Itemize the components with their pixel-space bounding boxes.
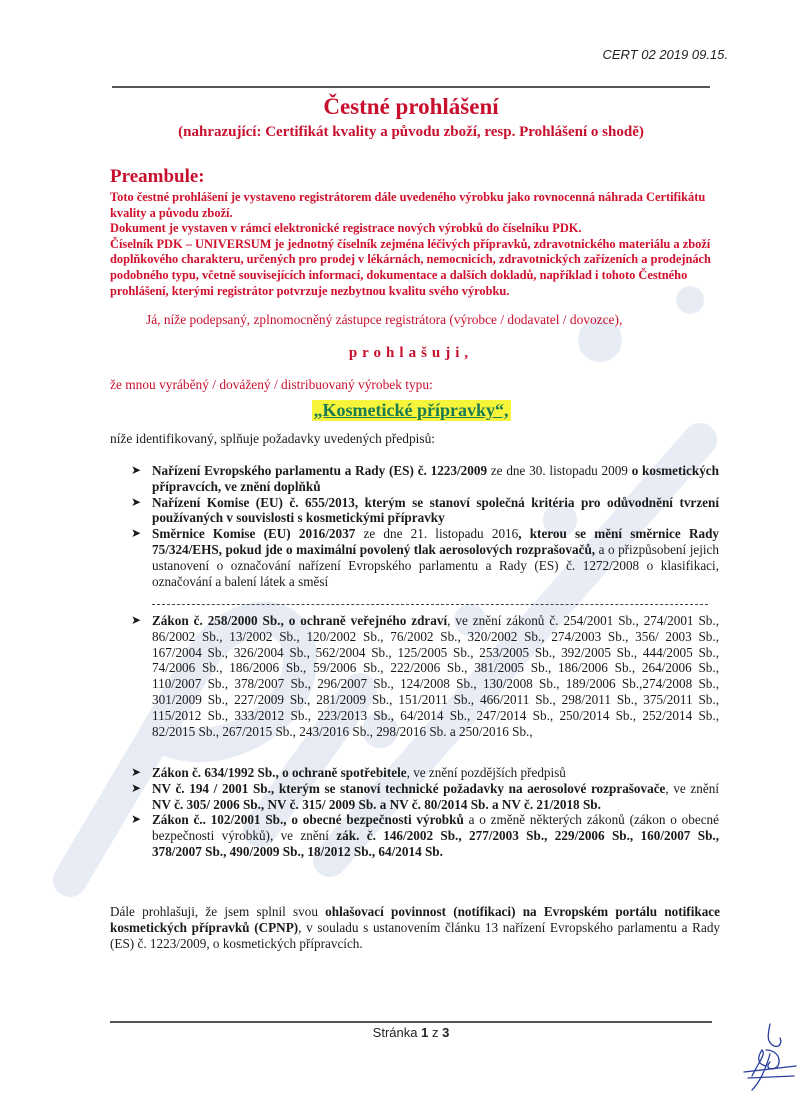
document-title: Čestné prohlášení (0, 94, 800, 120)
product-type-intro: že mnou vyráběný / dovážený / distribuov… (110, 377, 433, 393)
regulation-title: Zákon č. 258/2000 Sb., o ochraně veřejné… (152, 613, 447, 628)
regulation-list-public-health: ➤Zákon č. 258/2000 Sb., o ochraně veřejn… (131, 613, 719, 739)
preamble-text: Toto čestné prohlášení je vystaveno regi… (110, 190, 720, 299)
footer-divider (110, 1021, 712, 1023)
arrow-bullet-icon: ➤ (131, 526, 141, 542)
regulation-item: ➤Nařízení Komise (EU) č. 655/2013, který… (131, 495, 719, 527)
regulation-list-eu: ➤Nařízení Evropského parlamentu a Rady (… (131, 463, 719, 589)
regulation-detail: , ve znění pozdějších předpisů (407, 765, 566, 780)
product-type-container: „Kosmetické přípravky“, (0, 400, 800, 421)
regulation-detail: , ve znění zákonů č. 254/2001 Sb., 274/2… (152, 613, 719, 739)
regulation-item: ➤Zákon č. 634/1992 Sb., o ochraně spotře… (131, 765, 719, 781)
cpnp-notification-statement: Dále prohlašuji, že jsem splnil svou ohl… (110, 904, 720, 952)
regulation-title: Zákon č.. 102/2001 Sb., o obecné bezpečn… (152, 812, 464, 827)
regulation-title: Zákon č. 634/1992 Sb., o ochraně spotřeb… (152, 765, 407, 780)
page-label: Stránka (373, 1025, 418, 1040)
regulation-item: ➤Zákon č.. 102/2001 Sb., o obecné bezpeč… (131, 812, 719, 859)
arrow-bullet-icon: ➤ (131, 765, 141, 781)
handwritten-signature (730, 1020, 800, 1092)
product-type-highlight: „Kosmetické přípravky“, (312, 400, 511, 421)
regulation-title: NV č. 194 / 2001 Sb., kterým se stanoví … (152, 781, 665, 796)
regulation-detail: , ve znění (665, 781, 719, 796)
declare-heading: prohlašuji, (0, 345, 800, 362)
preamble-paragraph: Dokument je vystaven v rámci elektronick… (110, 221, 720, 237)
arrow-bullet-icon: ➤ (131, 463, 141, 479)
header-divider (112, 86, 710, 88)
regulation-title: NV č. 305/ 2006 Sb., NV č. 315/ 2009 Sb.… (152, 797, 601, 812)
regulation-item: ➤Zákon č. 258/2000 Sb., o ochraně veřejn… (131, 613, 719, 739)
page-separator: z (432, 1025, 439, 1040)
regulation-detail: ze dne 21. listopadu 2016 (355, 526, 518, 541)
regulation-list-national: ➤Zákon č. 634/1992 Sb., o ochraně spotře… (131, 765, 719, 860)
page-indicator: Stránka 1 z 3 (0, 1025, 800, 1040)
regulation-title: Směrnice Komise (EU) 2016/2037 (152, 526, 355, 541)
certificate-code: CERT 02 2019 09.15. (602, 47, 728, 62)
preamble-heading: Preambule: (110, 166, 205, 188)
closing-text: Dále prohlašuji, že jsem splnil svou (110, 904, 325, 919)
signer-statement: Já, níže podepsaný, zplnomocněný zástupc… (146, 312, 622, 328)
regulation-item: ➤Směrnice Komise (EU) 2016/2037 ze dne 2… (131, 526, 719, 589)
regulation-title: Nařízení Komise (EU) č. 655/2013, kterým… (152, 495, 719, 526)
arrow-bullet-icon: ➤ (131, 613, 141, 629)
regulation-item: ➤NV č. 194 / 2001 Sb., kterým se stanoví… (131, 781, 719, 813)
regulation-item: ➤Nařízení Evropského parlamentu a Rady (… (131, 463, 719, 495)
requirements-intro: níže identifikovaný, splňuje požadavky u… (110, 431, 435, 447)
arrow-bullet-icon: ➤ (131, 495, 141, 511)
arrow-bullet-icon: ➤ (131, 781, 141, 797)
regulation-detail: ze dne 30. listopadu 2009 (487, 463, 632, 478)
page-current: 1 (421, 1025, 428, 1040)
preamble-paragraph: Toto čestné prohlášení je vystaveno regi… (110, 190, 720, 221)
regulation-title: Nařízení Evropského parlamentu a Rady (E… (152, 463, 487, 478)
page-total: 3 (442, 1025, 449, 1040)
arrow-bullet-icon: ➤ (131, 812, 141, 828)
document-subtitle: (nahrazující: Certifikát kvality a původ… (0, 124, 800, 141)
preamble-paragraph: Číselník PDK – UNIVERSUM je jednotný čís… (110, 237, 720, 299)
dashed-divider (152, 604, 708, 605)
